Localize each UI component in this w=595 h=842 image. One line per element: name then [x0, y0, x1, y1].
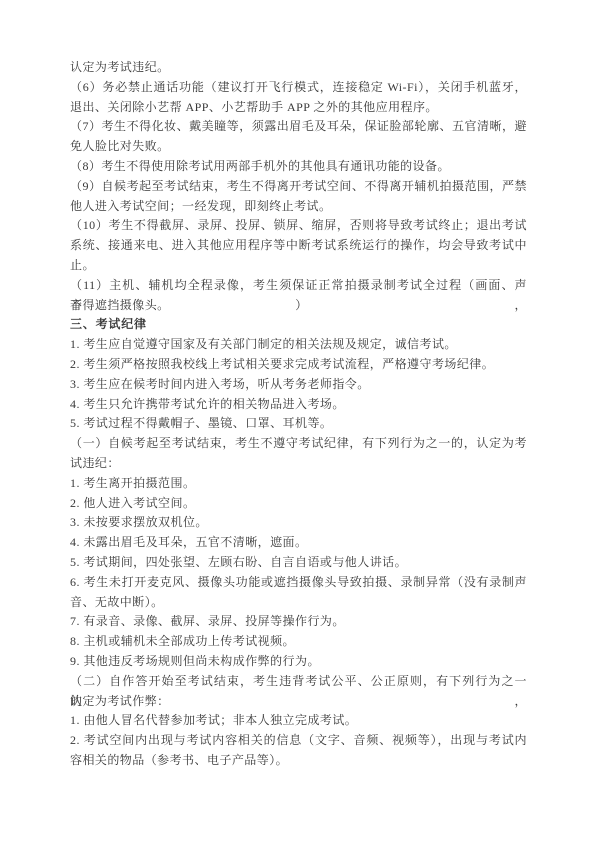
text-line: 容相关的物品（参考书、电子产品等）。	[70, 751, 527, 771]
text-line: 5. 考试期间，四处张望、左顾右盼、自言自语或与他人讲话。	[70, 553, 527, 573]
text-line: 2. 他人进入考试空间。	[70, 494, 527, 514]
text-line: （10）考生不得截屏、录屏、投屏、锁屏、缩屏，否则将导致考试终止；退出考试	[70, 216, 527, 236]
text-line: 6. 考生未打开麦克风、摄像头功能或遮挡摄像头导致拍摄、录制异常（没有录制声	[70, 573, 527, 593]
text-line: 免人脸比对失败。	[70, 137, 527, 157]
text-line: 1. 由他人冒名代替参加考试；非本人独立完成考试。	[70, 711, 527, 731]
section-heading: 三、考试纪律	[70, 315, 527, 335]
text-line: 9. 其他违反考场规则但尚未构成作弊的行为。	[70, 652, 527, 672]
text-line: （6）务必禁止通话功能（建议打开飞行模式，连接稳定 Wi-Fi），关闭手机蓝牙，	[70, 78, 527, 98]
text-line: 1. 考生应自觉遵守国家及有关部门制定的相关法规及规定，诚信考试。	[70, 335, 527, 355]
text-line: 音、无故中断）。	[70, 593, 527, 613]
text-line: 3. 考生应在候考时间内进入考场，听从考务老师指令。	[70, 375, 527, 395]
text-line: 2. 考生须严格按照我校线上考试相关要求完成考试流程，严格遵守考场纪律。	[70, 355, 527, 375]
text-line: 退出、关闭除小艺帮 APP、小艺帮助手 APP 之外的其他应用程序。	[70, 98, 527, 118]
text-line: （8）考生不得使用除考试用两部手机外的其他具有通讯功能的设备。	[70, 157, 527, 177]
text-line: （9）自候考起至考试结束，考生不得离开考试空间、不得离开辅机拍摄范围，严禁	[70, 177, 527, 197]
text-line: （一）自候考起至考试结束，考生不遵守考试纪律，有下列行为之一的，认定为考	[70, 434, 527, 454]
text-line: 2. 考试空间内出现与考试内容相关的信息（文字、音频、视频等），出现与考试内	[70, 731, 527, 751]
text-line: 他人进入考试空间；一经发现，即刻终止考试。	[70, 197, 527, 217]
text-line: 4. 考生只允许携带考试允许的相关物品进入考场。	[70, 395, 527, 415]
text-line: （二）自作答开始至考试结束，考生违背考试公平、公正原则，有下列行为之一的，	[70, 672, 527, 692]
text-line: 试违纪：	[70, 454, 527, 474]
text-line: 1. 考生离开拍摄范围。	[70, 474, 527, 494]
document-page: 认定为考试违纪。（6）务必禁止通话功能（建议打开飞行模式，连接稳定 Wi-Fi）…	[0, 0, 595, 842]
text-line: 8. 主机或辅机未全部成功上传考试视频。	[70, 632, 527, 652]
text-line: 认定为考试违纪。	[70, 58, 527, 78]
document-body: 认定为考试违纪。（6）务必禁止通话功能（建议打开飞行模式，连接稳定 Wi-Fi）…	[70, 58, 527, 771]
text-line: （11）主机、辅机均全程录像，考生须保证正常拍摄录制考试全过程（画面、声音），	[70, 276, 527, 296]
text-line: 4. 未露出眉毛及耳朵，五官不清晰，遮面。	[70, 533, 527, 553]
text-line: 止。	[70, 256, 527, 276]
text-line: 系统、接通来电、进入其他应用程序等中断考试系统运行的操作，均会导致考试中	[70, 236, 527, 256]
text-line: 3. 未按要求摆放双机位。	[70, 513, 527, 533]
text-line: （7）考生不得化妆、戴美瞳等，须露出眉毛及耳朵，保证脸部轮廓、五官清晰，避	[70, 117, 527, 137]
text-line: 7. 有录音、录像、截屏、录屏、投屏等操作行为。	[70, 612, 527, 632]
text-line: 5. 考试过程不得戴帽子、墨镜、口罩、耳机等。	[70, 414, 527, 434]
